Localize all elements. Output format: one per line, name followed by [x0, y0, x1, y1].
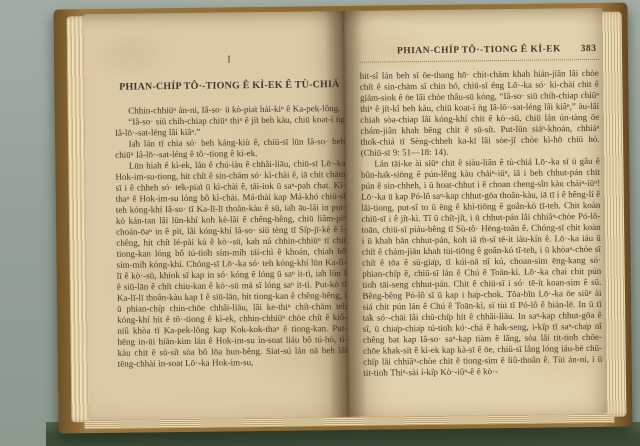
right-page: PHIAN-CHÍP TÔ·-TIONG Ê KÌ-EK 383 hit-sî …: [343, 8, 607, 417]
photo-backdrop: I PHIAN-CHÍP TÔ·-TIONG Ê KÌ-EK Ê TÙ-CHIÁ…: [0, 0, 640, 446]
paragraph: Lán tāi-ke ài siūⁿ chit ê siàu-liân ê tù…: [361, 156, 603, 379]
right-page-text: hit-sî lán beh sī ōe-thang hō· chit-chām…: [360, 68, 603, 379]
chapter-number: I: [114, 53, 344, 67]
left-page: I PHIAN-CHÍP TÔ·-TIONG Ê KÌ-EK Ê TÙ-CHIÁ…: [83, 11, 347, 420]
paragraph: Ia̍h lán tī chia só· beh káng-kiù ê, chi…: [115, 136, 345, 161]
open-pages: I PHIAN-CHÍP TÔ·-TIONG Ê KÌ-EK Ê TÙ-CHIÁ…: [83, 8, 607, 420]
paragraph: hit-sî lán beh sī ōe-thang hō· chit-chām…: [360, 68, 600, 159]
chapter-title: PHIAN-CHÍP TÔ·-TIONG Ê KÌ-EK Ê TÙ-CHIÁ: [114, 79, 344, 93]
left-page-text: Chhin-chhiūⁿ án-ni, Iâ-so· ū kò-pia̍t há…: [115, 103, 348, 370]
paragraph: “Iâ-so· siū chih-chiap chiūⁿ thiⁿ ê ji̍t…: [115, 114, 345, 139]
running-head: PHIAN-CHÍP TÔ·-TIONG Ê KÌ-EK: [397, 44, 561, 56]
running-head-row: PHIAN-CHÍP TÔ·-TIONG Ê KÌ-EK 383: [359, 44, 598, 63]
paragraph: Lūn hiah ê kì-ek, lán ê chú-iàu ê chhâi-…: [115, 158, 348, 370]
page-number: 383: [581, 44, 597, 54]
open-book: I PHIAN-CHÍP TÔ·-TIONG Ê KÌ-EK Ê TÙ-CHIÁ…: [53, 3, 632, 434]
